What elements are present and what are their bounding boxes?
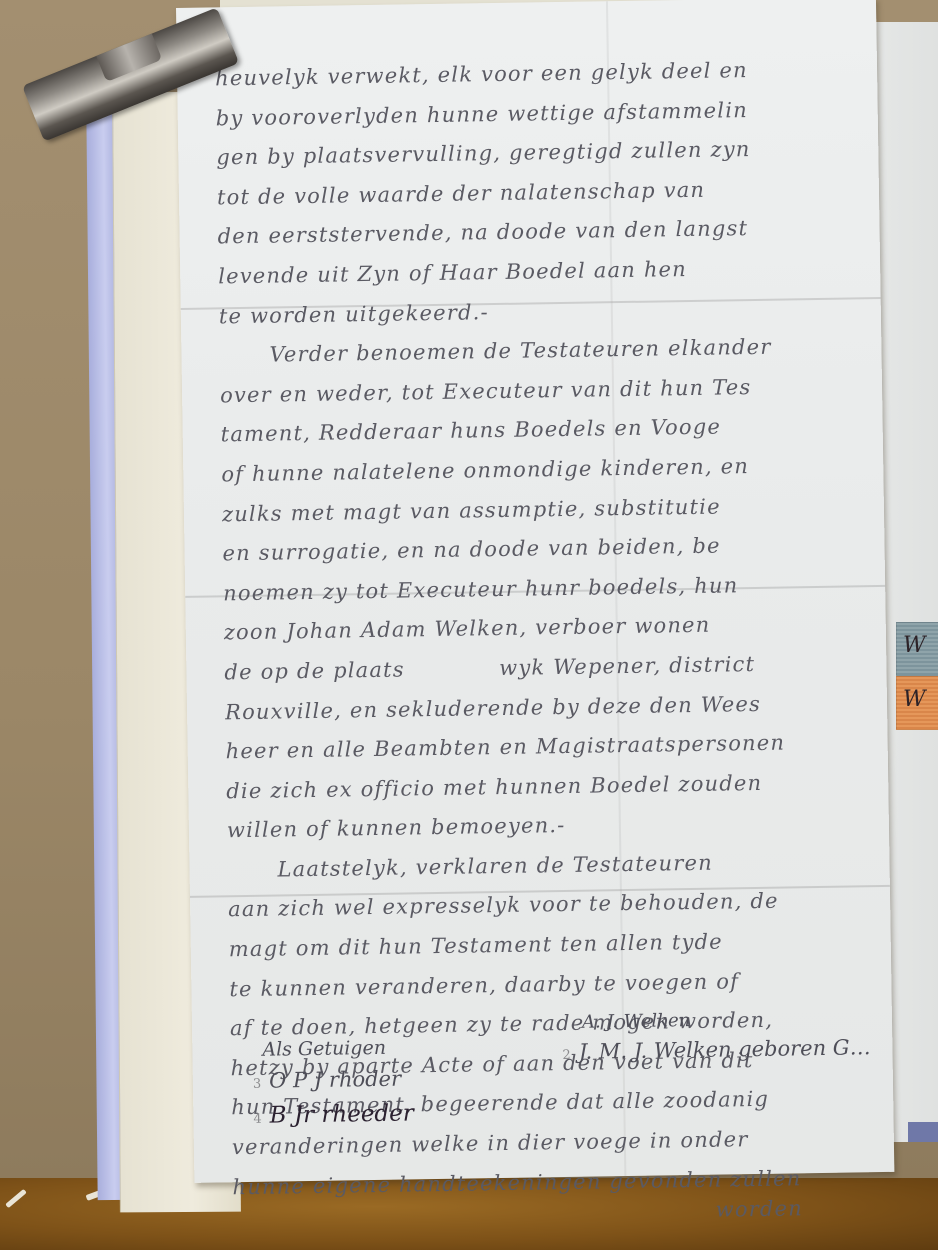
signature-number: 3 xyxy=(253,1077,262,1092)
stamp-cancel-mark: W xyxy=(903,687,926,712)
manuscript-page: heuvelyk verwekt, elk voor een gelyk dee… xyxy=(176,0,894,1183)
testator-signature-2: 2J. M. J. Welken geboren G… xyxy=(562,1035,871,1064)
signature-number: 4 xyxy=(253,1112,262,1127)
signature-number: 2 xyxy=(562,1048,571,1063)
witness-signature-2: 4B Jr rheeder xyxy=(253,1100,414,1129)
stamp-cancel-mark: W xyxy=(903,633,926,658)
witness-label: Als Getuigen xyxy=(262,1037,386,1061)
binding-edge xyxy=(908,1122,938,1142)
testator-signature-1: A. J. Welken xyxy=(582,1010,691,1033)
witness-signature-1: 3O P J rhoder xyxy=(253,1067,402,1093)
paper-fragment xyxy=(5,1189,27,1208)
signature-block: Als Getuigen 3O P J rhoder 4B Jr rheeder… xyxy=(252,1007,894,1137)
revenue-stamps: W W xyxy=(896,622,938,730)
revenue-stamp-orange: W xyxy=(896,676,938,730)
revenue-stamp-blue: W xyxy=(896,622,938,676)
